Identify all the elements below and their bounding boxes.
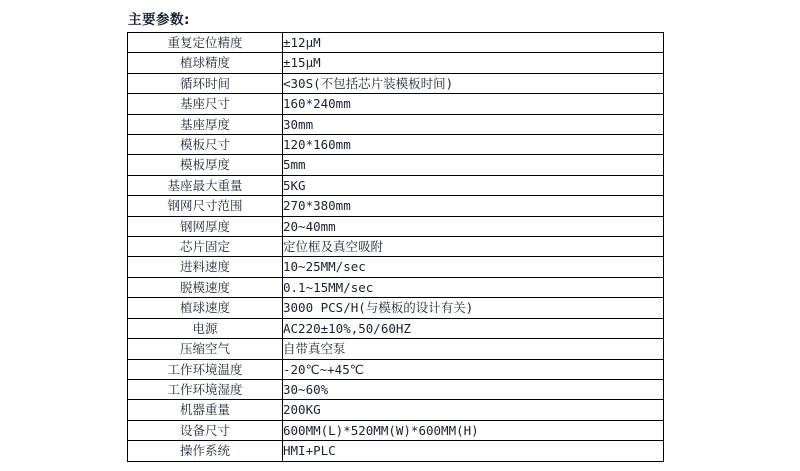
param-label: 芯片固定: [128, 237, 283, 257]
param-value: 定位框及真空吸附: [283, 237, 664, 257]
param-value: 5KG: [283, 175, 664, 195]
param-value: 10~25MM/sec: [283, 257, 664, 277]
param-label: 基座厚度: [128, 114, 283, 134]
param-value: 自带真空泵: [283, 339, 664, 359]
param-label: 重复定位精度: [128, 33, 283, 53]
param-label: 模板尺寸: [128, 135, 283, 155]
param-label: 模板厚度: [128, 155, 283, 175]
table-row: 钢网厚度20~40mm: [128, 216, 664, 236]
param-value: HMI+PLC: [283, 441, 664, 461]
param-label: 植球速度: [128, 298, 283, 318]
param-value: -20℃~+45℃: [283, 359, 664, 379]
param-value: 30~60%: [283, 379, 664, 399]
table-row: 模板尺寸120*160mm: [128, 135, 664, 155]
table-row: 模板厚度5mm: [128, 155, 664, 175]
table-row: 循环时间<30S(不包括芯片装模板时间): [128, 73, 664, 93]
param-value: 160*240mm: [283, 94, 664, 114]
param-label: 基座尺寸: [128, 94, 283, 114]
param-value: 200KG: [283, 400, 664, 420]
table-row: 操作系统HMI+PLC: [128, 441, 664, 461]
param-value: 0.1~15MM/sec: [283, 277, 664, 297]
table-row: 钢网尺寸范围270*380mm: [128, 196, 664, 216]
param-label: 基座最大重量: [128, 175, 283, 195]
table-row: 设备尺寸600MM(L)*520MM(W)*600MM(H): [128, 420, 664, 440]
table-row: 基座尺寸160*240mm: [128, 94, 664, 114]
param-value: ±15μM: [283, 53, 664, 73]
spec-sheet: 主要参数: 重复定位精度±12μM植球精度±15μM循环时间<30S(不包括芯片…: [127, 8, 664, 462]
table-row: 芯片固定定位框及真空吸附: [128, 237, 664, 257]
page-title: 主要参数:: [128, 8, 664, 28]
param-label: 钢网尺寸范围: [128, 196, 283, 216]
table-row: 压缩空气自带真空泵: [128, 339, 664, 359]
spec-table-body: 重复定位精度±12μM植球精度±15μM循环时间<30S(不包括芯片装模板时间)…: [128, 33, 664, 462]
param-label: 设备尺寸: [128, 420, 283, 440]
param-value: 120*160mm: [283, 135, 664, 155]
param-value: 5mm: [283, 155, 664, 175]
table-row: 工作环境温度-20℃~+45℃: [128, 359, 664, 379]
param-label: 机器重量: [128, 400, 283, 420]
param-label: 进料速度: [128, 257, 283, 277]
spec-table: 重复定位精度±12μM植球精度±15μM循环时间<30S(不包括芯片装模板时间)…: [127, 32, 664, 462]
param-value: AC220±10%,50/60HZ: [283, 318, 664, 338]
table-row: 进料速度10~25MM/sec: [128, 257, 664, 277]
table-row: 基座厚度30mm: [128, 114, 664, 134]
param-label: 工作环境湿度: [128, 379, 283, 399]
table-row: 基座最大重量5KG: [128, 175, 664, 195]
table-row: 植球速度3000 PCS/H(与模板的设计有关): [128, 298, 664, 318]
param-value: 600MM(L)*520MM(W)*600MM(H): [283, 420, 664, 440]
table-row: 电源AC220±10%,50/60HZ: [128, 318, 664, 338]
param-label: 脱模速度: [128, 277, 283, 297]
param-label: 工作环境温度: [128, 359, 283, 379]
table-row: 工作环境湿度30~60%: [128, 379, 664, 399]
table-row: 重复定位精度±12μM: [128, 33, 664, 53]
param-value: ±12μM: [283, 33, 664, 53]
table-row: 植球精度±15μM: [128, 53, 664, 73]
param-label: 循环时间: [128, 73, 283, 93]
table-row: 机器重量200KG: [128, 400, 664, 420]
param-label: 操作系统: [128, 441, 283, 461]
param-value: <30S(不包括芯片装模板时间): [283, 73, 664, 93]
param-value: 30mm: [283, 114, 664, 134]
param-value: 20~40mm: [283, 216, 664, 236]
param-label: 植球精度: [128, 53, 283, 73]
param-value: 3000 PCS/H(与模板的设计有关): [283, 298, 664, 318]
param-label: 压缩空气: [128, 339, 283, 359]
param-label: 钢网厚度: [128, 216, 283, 236]
param-value: 270*380mm: [283, 196, 664, 216]
param-label: 电源: [128, 318, 283, 338]
table-row: 脱模速度0.1~15MM/sec: [128, 277, 664, 297]
